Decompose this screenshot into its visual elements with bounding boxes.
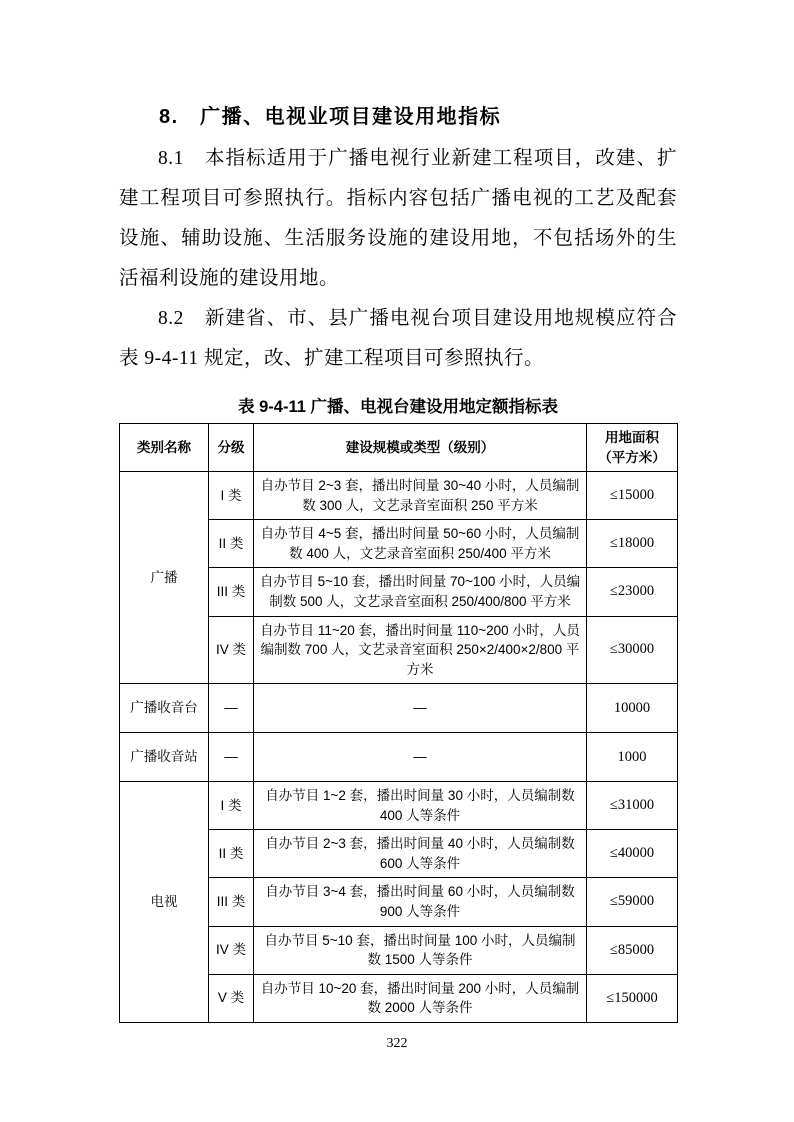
area-cell: ≤18000 <box>587 520 678 568</box>
category-cell-radio-station: 广播收音台 <box>120 684 209 733</box>
grade-cell: III 类 <box>209 568 254 616</box>
desc-cell: 自办节目 11~20 套，播出时间量 110~200 小时，人员编制数 700 … <box>254 616 587 684</box>
category-cell-tv: 电视 <box>120 782 209 1023</box>
table-row-radio-substation: 广播收音站 — — 1000 <box>120 733 678 782</box>
area-cell: ≤150000 <box>587 974 678 1022</box>
area-cell: ≤59000 <box>587 878 678 926</box>
col-header-scale: 建设规模或类型（级别） <box>254 424 587 472</box>
section-heading: 8. 广播、电视业项目建设用地指标 <box>159 100 677 129</box>
grade-cell: — <box>209 684 254 733</box>
category-cell-radio-substation: 广播收音站 <box>120 733 209 782</box>
grade-cell: — <box>209 733 254 782</box>
grade-cell: III 类 <box>209 878 254 926</box>
col-header-grade: 分级 <box>209 424 254 472</box>
area-cell: ≤85000 <box>587 926 678 974</box>
desc-cell: 自办节目 4~5 套，播出时间量 50~60 小时，人员编制数 400 人，文艺… <box>254 520 587 568</box>
area-cell: ≤23000 <box>587 568 678 616</box>
area-cell: 1000 <box>587 733 678 782</box>
paragraph-8-1: 8.1 本指标适用于广播电视行业新建工程项目，改建、扩建工程项目可参照执行。指标… <box>119 139 677 299</box>
area-cell: ≤31000 <box>587 782 678 830</box>
land-quota-table: 类别名称 分级 建设规模或类型（级别） 用地面积 （平方米） 广播 I 类 自办… <box>119 423 678 1023</box>
area-cell: 10000 <box>587 684 678 733</box>
desc-cell: 自办节目 2~3 套，播出时间量 30~40 小时，人员编制数 300 人，文艺… <box>254 472 587 520</box>
desc-cell: 自办节目 1~2 套，播出时间量 30 小时，人员编制数 400 人等条件 <box>254 782 587 830</box>
desc-cell: 自办节目 2~3 套，播出时间量 40 小时，人员编制数 600 人等条件 <box>254 830 587 878</box>
grade-cell: IV 类 <box>209 926 254 974</box>
document-content: 8. 广播、电视业项目建设用地指标 8.1 本指标适用于广播电视行业新建工程项目… <box>119 0 677 1023</box>
grade-cell: IV 类 <box>209 616 254 684</box>
col-header-area: 用地面积 （平方米） <box>587 424 678 472</box>
desc-cell: 自办节目 5~10 套，播出时间量 100 小时，人员编制数 1500 人等条件 <box>254 926 587 974</box>
document-page: 8. 广播、电视业项目建设用地指标 8.1 本指标适用于广播电视行业新建工程项目… <box>0 0 794 1122</box>
category-cell-broadcast: 广播 <box>120 472 209 684</box>
grade-cell: I 类 <box>209 782 254 830</box>
grade-cell: II 类 <box>209 520 254 568</box>
grade-cell: V 类 <box>209 974 254 1022</box>
area-cell: ≤15000 <box>587 472 678 520</box>
desc-cell: 自办节目 3~4 套，播出时间量 60 小时，人员编制数 900 人等条件 <box>254 878 587 926</box>
table-row-tv-1: 电视 I 类 自办节目 1~2 套，播出时间量 30 小时，人员编制数 400 … <box>120 782 678 830</box>
paragraph-8-2: 8.2 新建省、市、县广播电视台项目建设用地规模应符合表 9-4-11 规定，改… <box>119 299 677 379</box>
area-cell: ≤40000 <box>587 830 678 878</box>
desc-cell: 自办节目 10~20 套，播出时间量 200 小时，人员编制数 2000 人等条… <box>254 974 587 1022</box>
table-header-row: 类别名称 分级 建设规模或类型（级别） 用地面积 （平方米） <box>120 424 678 472</box>
desc-cell: — <box>254 733 587 782</box>
table-row-broadcast-1: 广播 I 类 自办节目 2~3 套，播出时间量 30~40 小时，人员编制数 3… <box>120 472 678 520</box>
grade-cell: II 类 <box>209 830 254 878</box>
area-cell: ≤30000 <box>587 616 678 684</box>
page-number: 322 <box>0 1036 794 1052</box>
desc-cell: 自办节目 5~10 套，播出时间量 70~100 小时，人员编制数 500 人，… <box>254 568 587 616</box>
table-row-radio-station: 广播收音台 — — 10000 <box>120 684 678 733</box>
table-caption: 表 9-4-11 广播、电视台建设用地定额指标表 <box>119 393 677 417</box>
grade-cell: I 类 <box>209 472 254 520</box>
col-header-category: 类别名称 <box>120 424 209 472</box>
desc-cell: — <box>254 684 587 733</box>
